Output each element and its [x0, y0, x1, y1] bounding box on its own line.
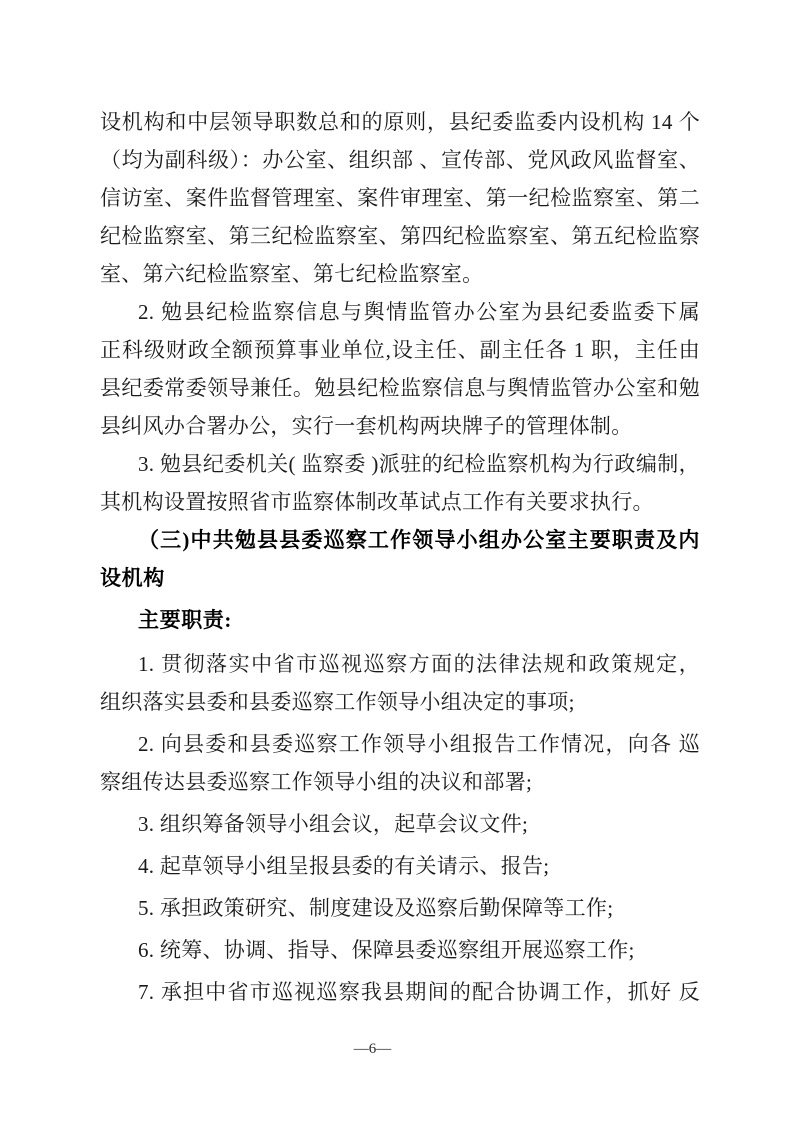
page-number: —6—: [354, 1041, 392, 1057]
text-line: 5. 承担政策研究、制度建设及巡察后勤保障等工作;: [100, 889, 700, 927]
list-item: 5. 承担政策研究、制度建设及巡察后勤保障等工作;: [100, 889, 700, 927]
list-item: 6. 统筹、协调、指导、保障县委巡察组开展巡察工作;: [100, 931, 700, 969]
text-line: 组织落实县委和县委巡察工作领导小组决定的事项;: [100, 683, 700, 721]
paragraph: 3. 勉县纪委机关( 监察委 )派驻的纪检监察机构为行政编制，其机构设置按照省市…: [100, 445, 700, 521]
list-item: 7. 承担中省市巡视巡察我县期间的配合协调工作，抓好 反: [100, 973, 700, 1011]
page-footer: —6—: [0, 1040, 793, 1058]
text-line: 1. 贯彻落实中省市巡视巡察方面的法律法规和政策规定，: [100, 645, 700, 683]
document-body: 设机构和中层领导职数总和的原则，县纪委监委内设机构 14 个（均为副科级）：办公…: [100, 103, 700, 1011]
text-line: 2. 向县委和县委巡察工作领导小组报告工作情况，向各 巡: [100, 725, 700, 763]
text-line: 县纪委常委领导兼任。勉县纪检监察信息与舆情监管办公室和勉: [100, 369, 700, 407]
text-line: 2. 勉县纪检监察信息与舆情监管办公室为县纪委监委下属: [100, 293, 700, 331]
text-line: 察组传达县委巡察工作领导小组的决议和部署;: [100, 763, 700, 801]
text-line: 信访室、案件监督管理室、案件审理室、第一纪检监察室、第二: [100, 179, 700, 217]
paragraph: 设机构和中层领导职数总和的原则，县纪委监委内设机构 14 个（均为副科级）：办公…: [100, 103, 700, 293]
list-item: 4. 起草领导小组呈报县委的有关请示、报告;: [100, 847, 700, 885]
list-item: 2. 向县委和县委巡察工作领导小组报告工作情况，向各 巡察组传达县委巡察工作领导…: [100, 725, 700, 801]
text-line: 4. 起草领导小组呈报县委的有关请示、报告;: [100, 847, 700, 885]
text-line: 6. 统筹、协调、指导、保障县委巡察组开展巡察工作;: [100, 931, 700, 969]
text-line: 室、第六纪检监察室、第七纪检监察室。: [100, 255, 700, 293]
paragraph: 2. 勉县纪检监察信息与舆情监管办公室为县纪委监委下属正科级财政全额预算事业单位…: [100, 293, 700, 445]
section-heading: （三)中共勉县县委巡察工作领导小组办公室主要职责及内设机构: [100, 521, 700, 597]
text-line: 正科级财政全额预算事业单位,设主任、副主任各 1 职，主任由: [100, 331, 700, 369]
text-line: （均为副科级）：办公室、组织部 、宣传部、党风政风监督室、: [100, 141, 700, 179]
text-line: 设机构: [100, 559, 700, 597]
text-line: 3. 组织筹备领导小组会议，起草会议文件;: [100, 805, 700, 843]
text-line: 设机构和中层领导职数总和的原则，县纪委监委内设机构 14 个: [100, 103, 700, 141]
text-line: 主要职责:: [100, 601, 700, 639]
document-page: 设机构和中层领导职数总和的原则，县纪委监委内设机构 14 个（均为副科级）：办公…: [0, 0, 793, 1122]
subsection-heading: 主要职责:: [100, 601, 700, 639]
list-item: 1. 贯彻落实中省市巡视巡察方面的法律法规和政策规定，组织落实县委和县委巡察工作…: [100, 645, 700, 721]
list-item: 3. 组织筹备领导小组会议，起草会议文件;: [100, 805, 700, 843]
text-line: 其机构设置按照省市监察体制改革试点工作有关要求执行。: [100, 483, 700, 521]
text-line: （三)中共勉县县委巡察工作领导小组办公室主要职责及内: [100, 521, 700, 559]
text-line: 3. 勉县纪委机关( 监察委 )派驻的纪检监察机构为行政编制，: [100, 445, 700, 483]
text-line: 纪检监察室、第三纪检监察室、第四纪检监察室、第五纪检监察: [100, 217, 700, 255]
text-line: 7. 承担中省市巡视巡察我县期间的配合协调工作，抓好 反: [100, 973, 700, 1011]
text-line: 县纠风办合署办公，实行一套机构两块牌子的管理体制。: [100, 407, 700, 445]
